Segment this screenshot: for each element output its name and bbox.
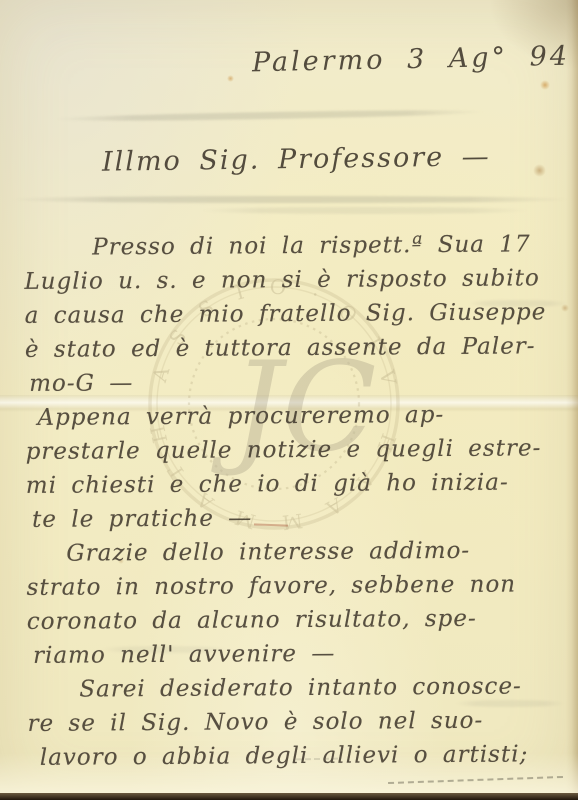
body-line: è stato ed è tuttora assente da Paler- <box>25 329 573 367</box>
dateline: Palermo 3 Ag° 94 <box>252 41 571 79</box>
body-line: coronato da alcuno risultato, spe- <box>27 601 575 639</box>
body-line: Appena verrà procureremo ap- <box>25 397 573 435</box>
body-line: mo-G — <box>25 363 573 401</box>
body-line: Grazie dello interesse addimo- <box>26 533 574 571</box>
body-line: Luglio u. s. e non si è risposto subito <box>24 261 572 299</box>
letter-body: Presso di noi la rispett.ª Sua 17 Luglio… <box>24 227 576 775</box>
body-line: lavoro o abbia degli allievi o artisti; <box>28 737 576 775</box>
body-line: mi chiesti e che io di già ho inizia- <box>26 465 574 503</box>
body-line: strato in nostro favore, sebbene non <box>26 567 574 605</box>
salutation: Illmo Sig. Professore — <box>102 141 491 177</box>
foxing-spot <box>540 80 550 90</box>
scan-edge-band <box>0 793 578 800</box>
foxing-spot <box>533 164 546 177</box>
bleed-through-smudge <box>55 108 485 123</box>
body-line: Sarei desiderato intanto conosce- <box>27 669 575 707</box>
body-line: te le pratiche — <box>26 499 574 537</box>
letter-page: A S S I O · O I V I E N H A A M M A T H … <box>0 0 578 800</box>
bleed-through-smudge <box>10 196 570 203</box>
body-line: prestarle quelle notizie e quegli estre- <box>26 431 574 469</box>
foxing-spot <box>227 75 234 82</box>
body-line: Presso di noi la rispett.ª Sua 17 <box>24 227 572 265</box>
body-line: a causa che mio fratello Sig. Giuseppe <box>25 295 573 333</box>
bleed-through-smudge <box>200 207 530 214</box>
body-line: riamo nell' avvenire — <box>27 635 575 673</box>
body-line: re se il Sig. Novo è solo nel suo- <box>27 703 575 741</box>
